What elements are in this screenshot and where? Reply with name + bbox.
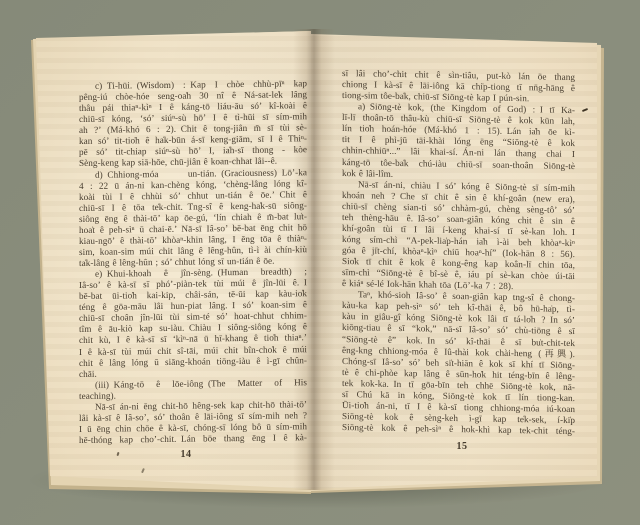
- left-page-number: 14: [156, 449, 216, 460]
- book-scan: c) Ti-hūi. (Wisdom) : Kap I chòe chhù-pī…: [0, 0, 640, 525]
- right-page-text: sī lâi cho’-chit chit ê sìn-tiâu, put-kò…: [342, 68, 575, 437]
- right-page-number: 15: [432, 441, 492, 452]
- left-page-text: c) Ti-hūi. (Wisdom) : Kap I chòe chhù-pī…: [79, 78, 307, 446]
